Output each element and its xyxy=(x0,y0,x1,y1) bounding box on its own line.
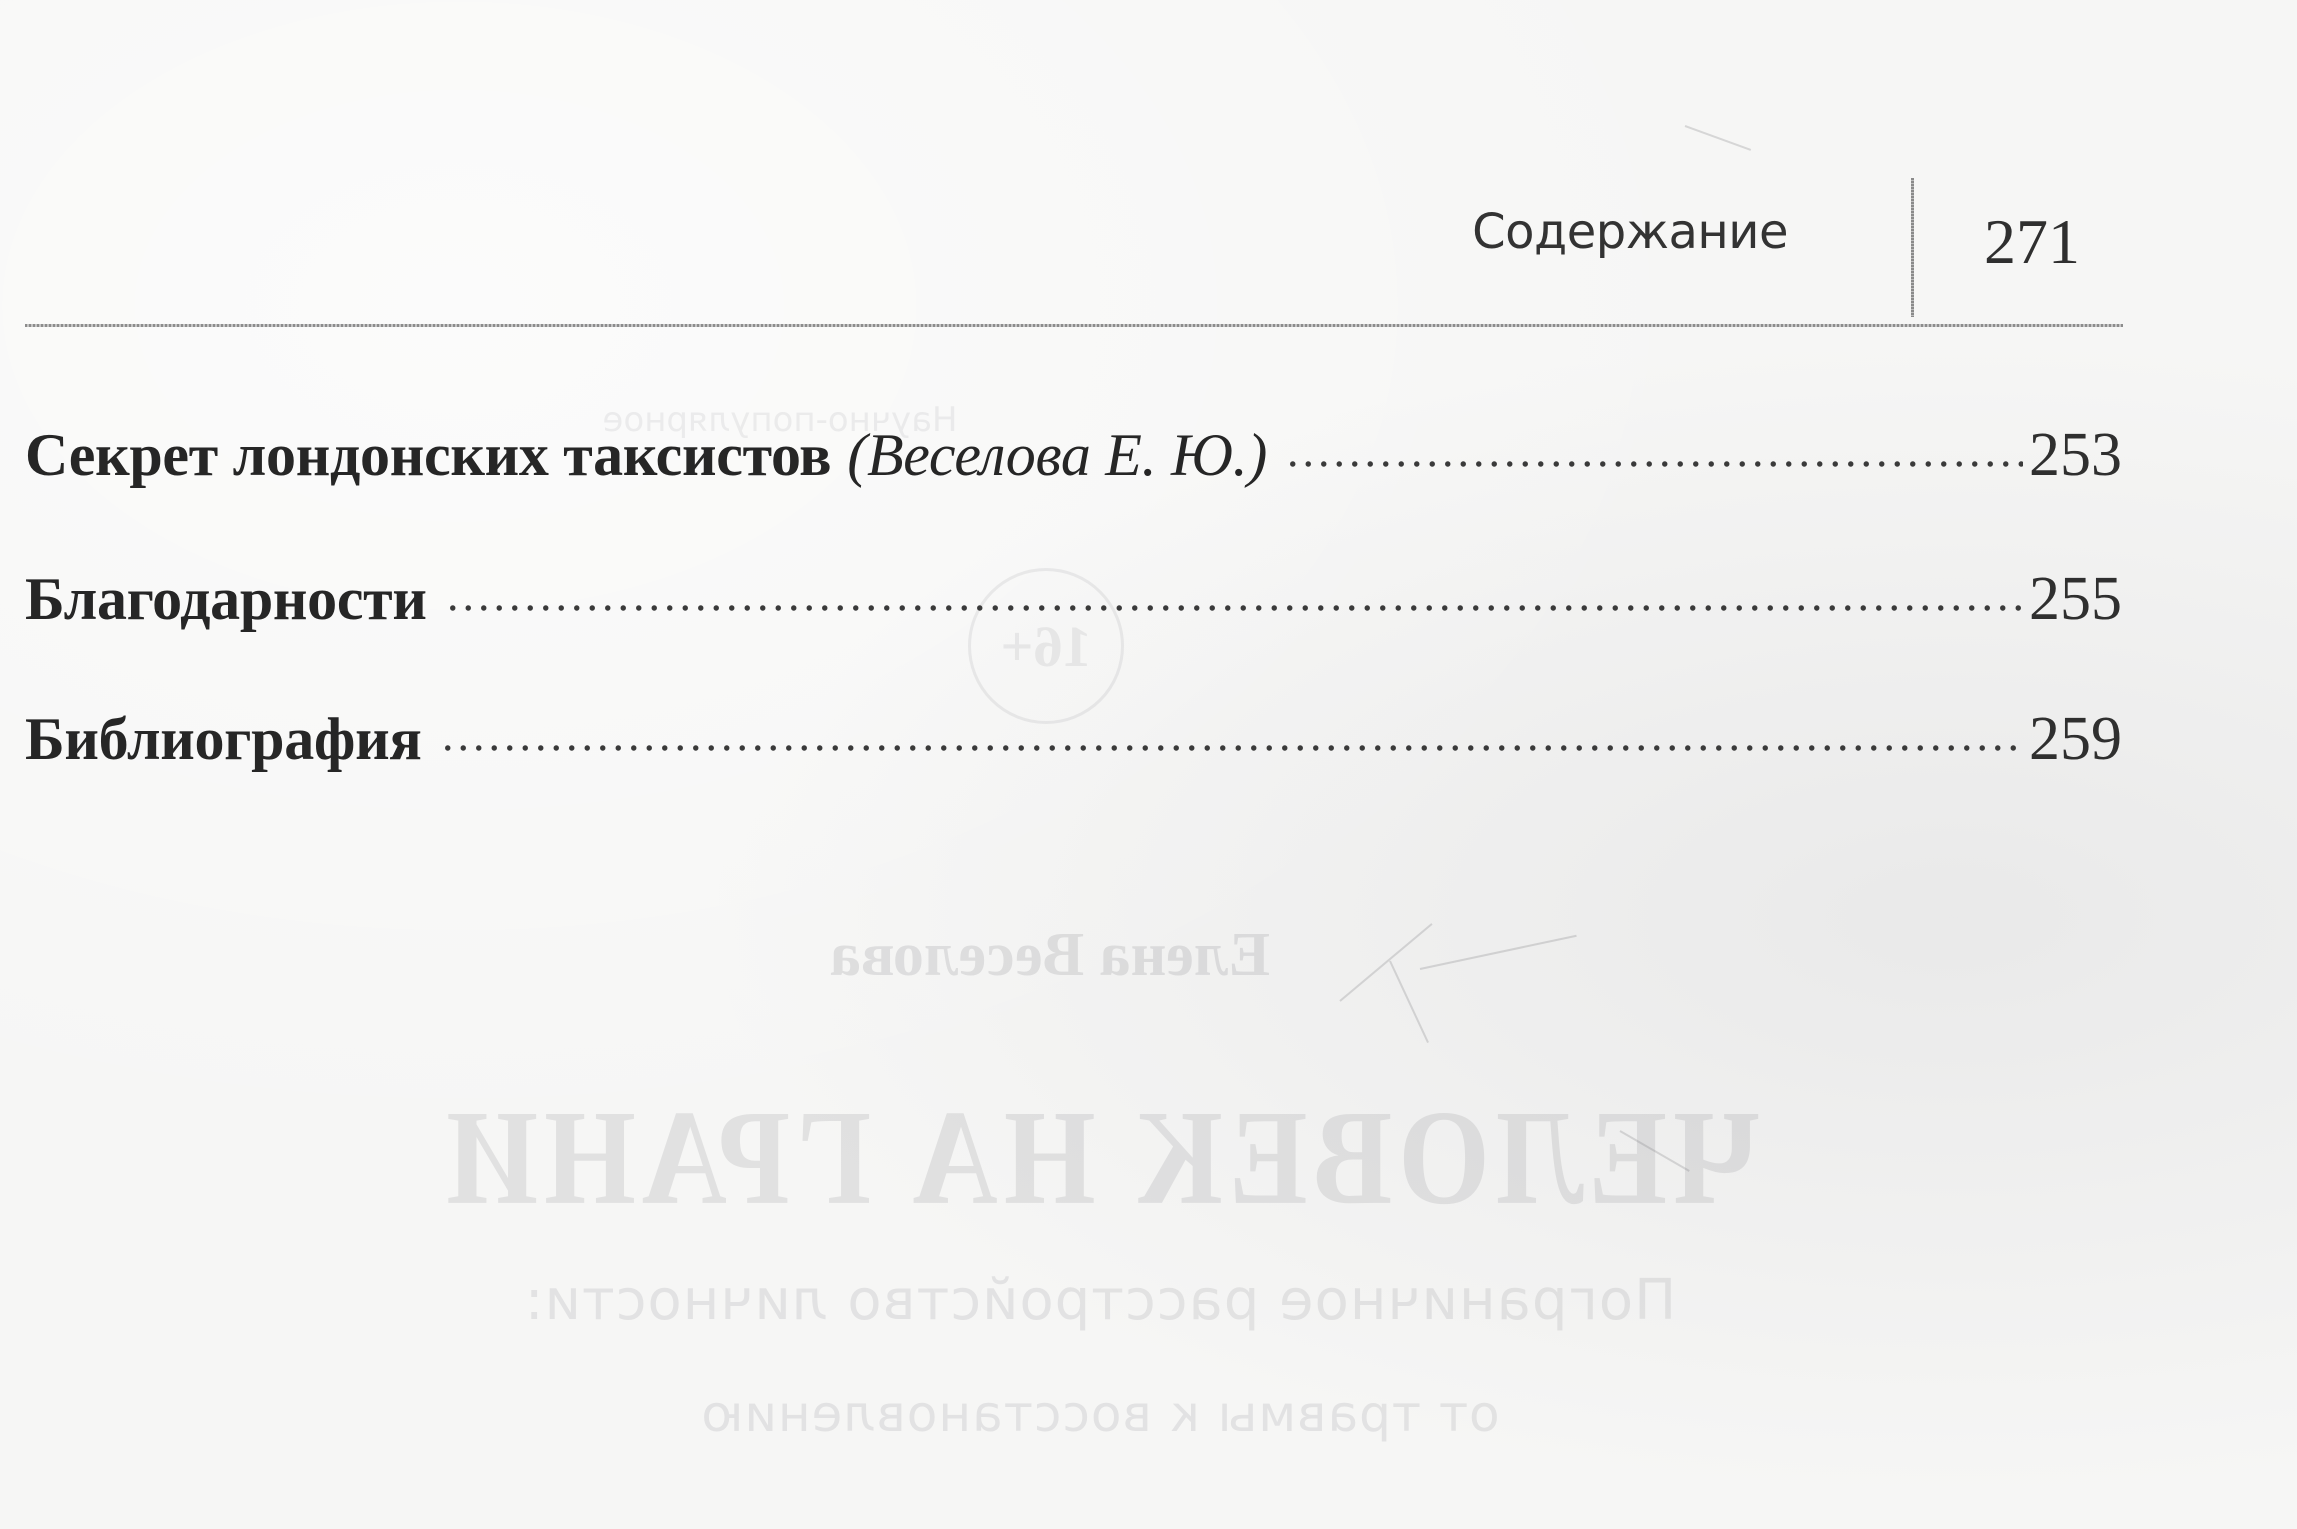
page-number: 271 xyxy=(1960,210,2080,274)
toc-entry[interactable]: Библиография 259 xyxy=(25,704,2122,774)
table-of-contents: Секрет лондонских таксистов (Веселова Е.… xyxy=(25,420,2122,848)
toc-entry-page: 259 xyxy=(2029,704,2122,774)
dot-leader xyxy=(440,741,2023,755)
toc-entry-page: 253 xyxy=(2029,420,2122,490)
book-page: Научно-популярное 16+ Елена Веселова ЧЕЛ… xyxy=(0,0,2297,1529)
toc-entry-title: Библиография xyxy=(25,704,422,774)
toc-entry[interactable]: Благодарности 255 xyxy=(25,564,2122,634)
dot-leader xyxy=(1285,457,2023,471)
toc-entry-title: Благодарности xyxy=(25,564,427,634)
running-header-title: Содержание xyxy=(1300,208,1788,256)
dot-leader xyxy=(445,601,2023,615)
toc-entry-title: Секрет лондонских таксистов xyxy=(25,420,831,490)
header-vertical-divider xyxy=(1911,178,1914,317)
toc-entry[interactable]: Секрет лондонских таксистов (Веселова Е.… xyxy=(25,420,2122,490)
toc-entry-page: 255 xyxy=(2029,564,2122,634)
toc-entry-author: (Веселова Е. Ю.) xyxy=(847,420,1267,490)
paper-fiber xyxy=(1685,125,1751,151)
bleed-through-subtitle-line1: Пограничное расстройство личности: xyxy=(300,1268,1900,1333)
bleed-through-subtitle-line2: от травмы к восстановлению xyxy=(450,1385,1750,1443)
bleed-through-author: Елена Веселова xyxy=(650,920,1450,991)
header-horizontal-rule xyxy=(25,324,2123,327)
bleed-through-book-title: ЧЕЛОВЕК НА ГРАНИ xyxy=(300,1080,1900,1236)
